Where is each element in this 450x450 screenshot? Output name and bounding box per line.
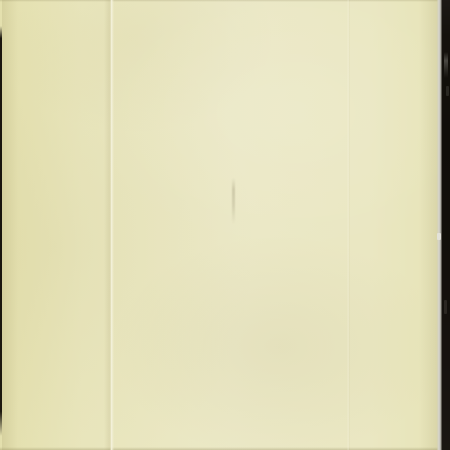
right-binding-strip <box>442 0 450 450</box>
scan-artifact <box>446 86 449 96</box>
page-edge-notch <box>437 233 441 240</box>
paper-background <box>0 0 450 450</box>
scan-artifact <box>444 300 447 314</box>
scanned-page <box>0 0 450 450</box>
scan-artifact <box>444 52 448 78</box>
secondary-crease <box>347 0 350 450</box>
smudge-streak <box>232 178 235 224</box>
left-gutter-shadow <box>2 0 18 450</box>
vertical-crease <box>104 0 114 450</box>
right-edge-shadow <box>419 0 437 450</box>
